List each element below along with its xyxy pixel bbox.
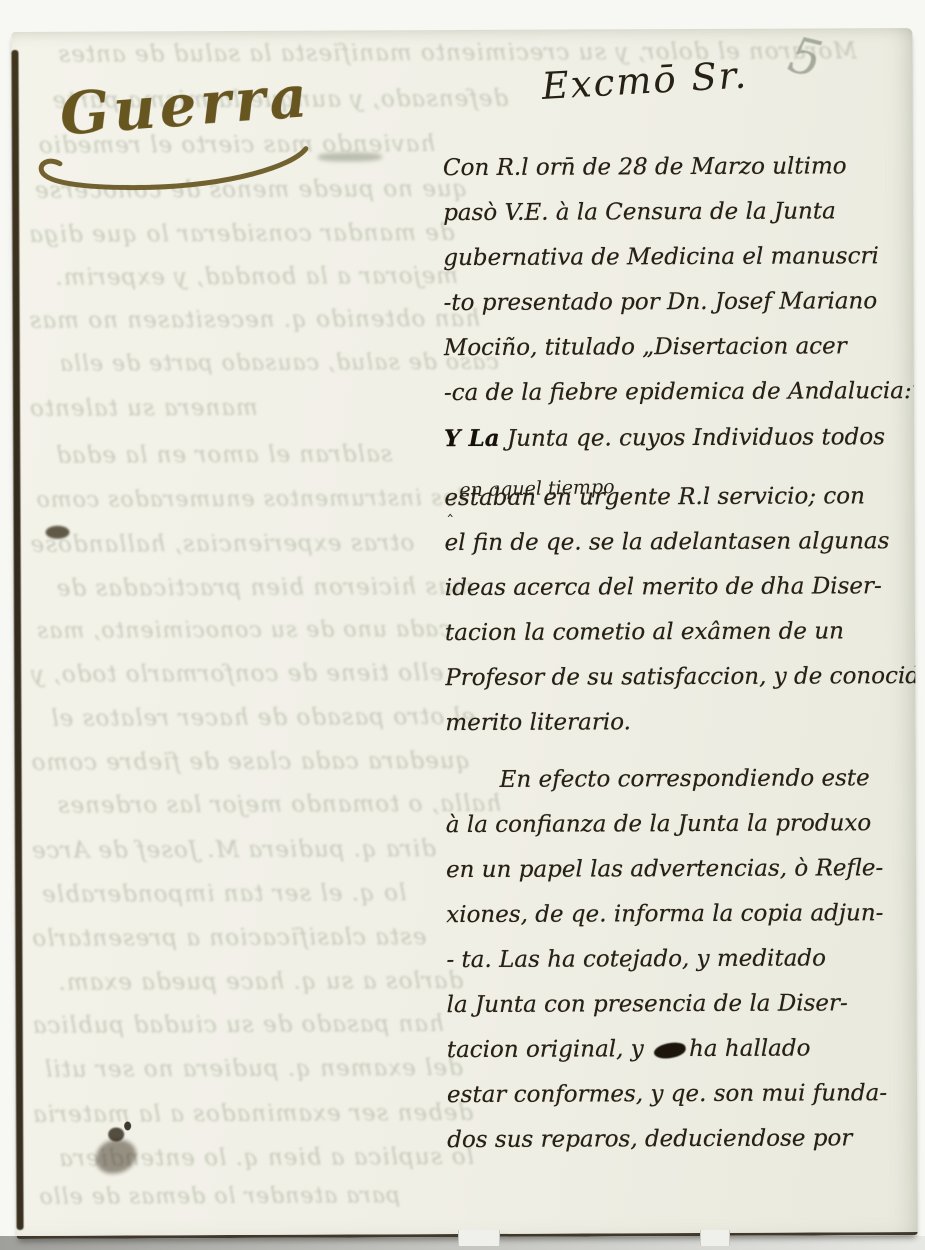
bleedthrough-line: saldran el amor en la edad (55, 441, 392, 468)
bleedthrough-line: los instrumentos enumerados como (35, 486, 464, 513)
bleedthrough-line: darlos a su q. hace pueda exam. (57, 968, 463, 996)
manuscript-line: - ta. Las ha cotejado, y meditado (446, 936, 886, 983)
bleedthrough-line: ello tiene de conformarlo todo, y (30, 660, 443, 688)
manuscript-line: estar conformes, y qe. son mui funda- (447, 1071, 887, 1118)
bleedthrough-line: mas hicieron bien practicadas de (56, 574, 475, 602)
bleedthrough-line: han obtenido q. necesitasen no mas (29, 306, 480, 334)
bleedthrough-line: dira q. pudiera M. Josef de Arce (31, 836, 436, 864)
ink-smudge (318, 152, 382, 161)
bleedthrough-line: quedara cada clase de fiebre como (31, 748, 471, 776)
manuscript-line: -to presentado por Dn. Josef Mariano (443, 279, 917, 326)
bleedthrough-line: manera su talento (29, 395, 258, 422)
bleedthrough-line: otras experiencias, hallandose (30, 530, 415, 558)
manuscript-line: en un papel las advertencias, ò Refle- (446, 846, 886, 893)
bleedthrough-line: para atender lo demas de ello (38, 1183, 400, 1210)
bleedthrough-line: cada uno de su conocimiento, mas (36, 617, 452, 644)
mount-tab (700, 1230, 730, 1246)
ink-blot (653, 1041, 687, 1060)
bleedthrough-line: el otro pasado de hacer relatos el (50, 704, 475, 732)
manuscript-line: à la confianza de la Junta la produxo (446, 801, 886, 848)
manuscript-line: Profesor de su satisfaccion, y de conoci… (445, 654, 918, 701)
ink-smudge (46, 526, 70, 539)
mount-tab (458, 1230, 500, 1246)
ink-stain (108, 1127, 124, 1141)
manuscript-line: gubernativa de Medicina el manuscri (443, 234, 917, 281)
manuscript-line: ideas acerca del merito de dha Diser- (445, 564, 918, 611)
manuscript-line: xiones, de qe. informa la copia adjun- (446, 891, 886, 938)
page-binding-edge (11, 50, 23, 1230)
manuscript-line: el fin de qe. se la adelantasen algunas (445, 519, 918, 566)
bleedthrough-line: lo q. el ser tan imponderable (41, 880, 406, 908)
manuscript-line: Mociño, titulado „Disertacion acer (444, 324, 918, 371)
manuscript-line: Y La Junta qe. cuyos Individuos todos (444, 414, 918, 461)
bleedthrough-line: han pasado de su ciudad publica (32, 1011, 444, 1039)
main-text-column: Con R.l orn̄ de 28 de Marzo ultimopasò V… (442, 28, 917, 1234)
bleedthrough-line: esta clasificacion a presentarlo (31, 924, 426, 952)
manuscript-line: Con R.l orn̄ de 28 de Marzo ultimo (443, 144, 918, 191)
bleedthrough-line: mejorar a la bondad, y experim. (54, 263, 458, 291)
manuscript-line: la Junta con presencia de la Diser- (447, 981, 887, 1028)
ink-speck (124, 1121, 131, 1130)
manuscript-line: tacion la cometio al exâmen de un (445, 609, 918, 656)
paragraph-2: En efecto correspondiendo esteà la confi… (446, 756, 888, 1163)
paragraph-1: Con R.l orn̄ de 28 de Marzo ultimopasò V… (443, 144, 918, 746)
bleedthrough-line: caso de salud, causado parte de ella (59, 350, 499, 377)
manuscript-page: Moraron el dolor, y su crecimiento manif… (11, 28, 917, 1239)
insertion-caret: ‸ (447, 498, 453, 517)
bleedthrough-line: deben ser examinados a la materia (32, 1100, 473, 1128)
scanned-manuscript: { "document": { "archive_annotation": "G… (0, 0, 925, 1250)
manuscript-line: En efecto correspondiendo este (446, 756, 886, 803)
manuscript-line: dos sus reparos, deduciendose por (447, 1116, 887, 1163)
bleedthrough-line: del examen q. pudiera no ser util (44, 1055, 463, 1083)
interlinear-insertion: en aquel tiempo (459, 476, 615, 501)
manuscript-line: tacion original, y ha hallado (447, 1026, 887, 1073)
manuscript-line: pasò V.E. à la Censura de la Junta (443, 189, 918, 236)
manuscript-line: merito literario. (445, 699, 917, 746)
flourish-underline (30, 141, 320, 198)
bleedthrough-line: halla, o tomando mejor las ordenes (57, 791, 501, 819)
bleedthrough-line: de mandar considerar lo que diga (28, 220, 454, 248)
manuscript-line: -ca de la fiebre epidemica de Andalucia:… (444, 369, 918, 416)
